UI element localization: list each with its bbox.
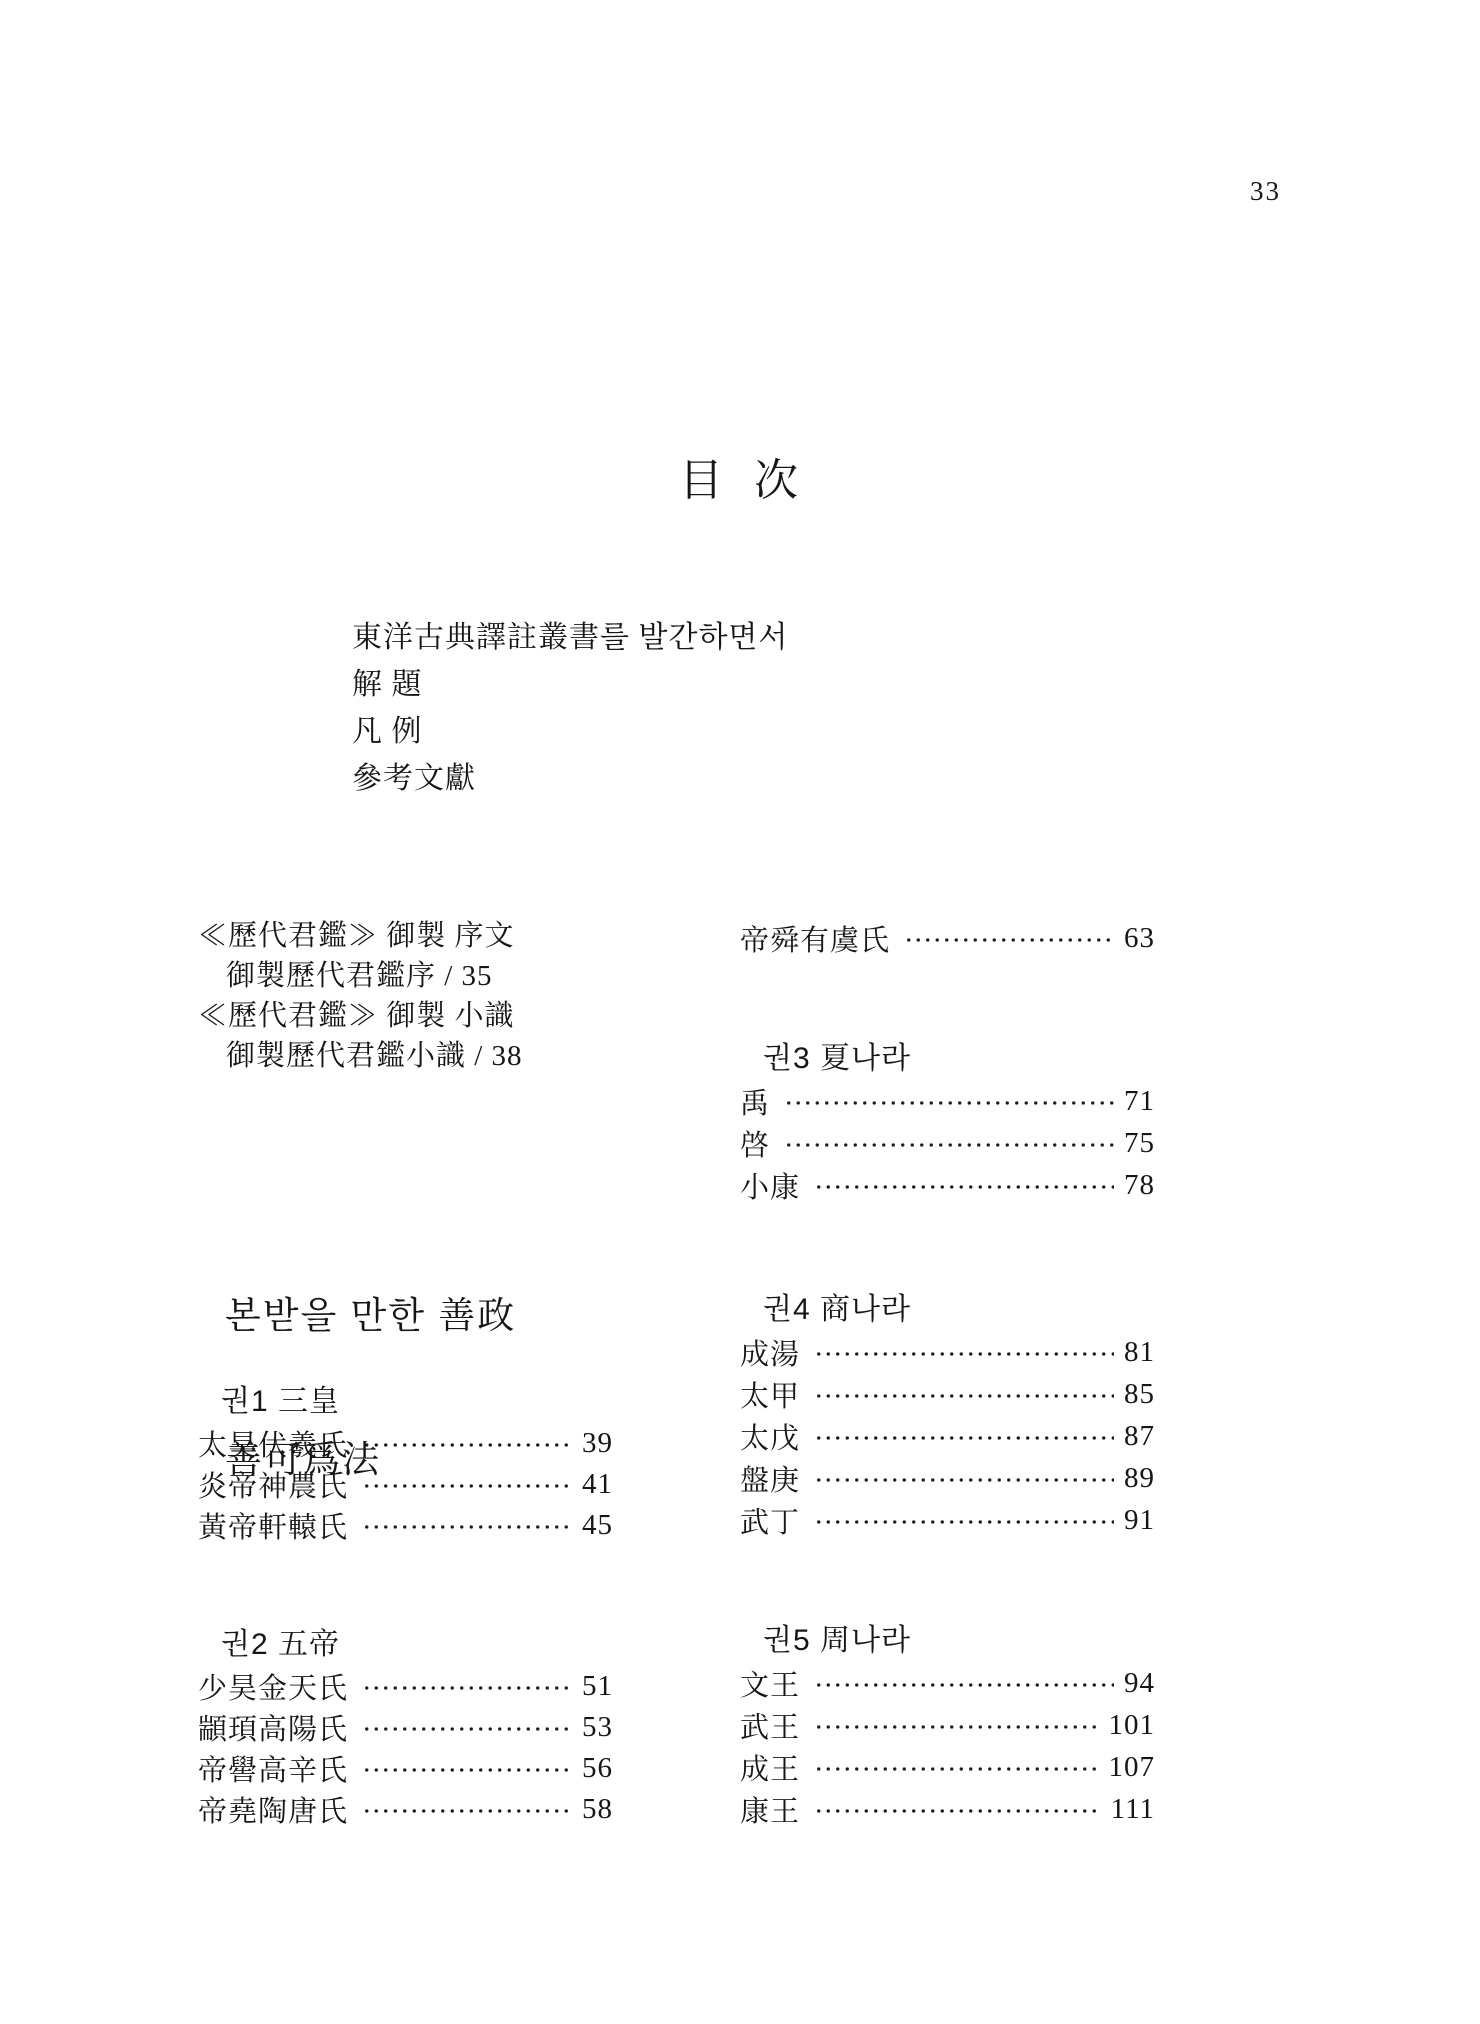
leader-dots [814,1662,1114,1704]
toc-entry-page: 75 [1124,1127,1155,1160]
toc-entry-title: 炎帝神農氏 [198,1464,348,1505]
toc-entry-title: 武王 [740,1705,800,1746]
toc-entry-page: 111 [1111,1793,1155,1826]
toc-entry-title: 帝舜有虞氏 [740,918,890,959]
toc-entry-title: 武丁 [740,1500,800,1541]
preface-line: ≪歷代君鑑≫ 御製 小識 [198,996,523,1036]
toc-entry-page: 45 [582,1509,613,1542]
leader-dots [814,1164,1114,1206]
toc-entry-page: 94 [1124,1667,1155,1700]
toc-entry: 帝舜有虞氏 63 [740,917,1155,959]
toc-entry-page: 87 [1124,1420,1155,1453]
toc-entry-page: 107 [1109,1751,1156,1784]
toc-entry-page: 85 [1124,1378,1155,1411]
toc-entry-title: 康王 [740,1789,800,1830]
section-heading: 권5 周나라 [740,1624,1155,1662]
toc-entry-title: 帝嚳高辛氏 [198,1748,348,1789]
section-heading: 권1 三皇 [198,1385,613,1423]
leader-dots [814,1746,1098,1788]
toc-section-kwon5: 권5 周나라 文王 94 武王 101 成王 107 康王 111 [740,1624,1155,1830]
toc-entry-title: 黃帝軒轅氏 [198,1505,348,1546]
toc-entry: 禹 71 [740,1080,1155,1122]
toc-entry-page: 91 [1124,1504,1155,1537]
toc-entry-title: 禹 [740,1081,770,1122]
toc-entry-title: 太甲 [740,1374,800,1415]
front-matter-item: 凡 例 [352,708,788,755]
leader-dots [362,1666,572,1707]
toc-entry: 盤庚 89 [740,1457,1155,1499]
toc-entry-title: 小康 [740,1165,800,1206]
leader-dots [362,1505,572,1546]
leader-dots [814,1499,1114,1541]
toc-entry: 康王 111 [740,1788,1155,1830]
toc-entry: 帝堯陶唐氏 58 [198,1789,613,1830]
toc-entry: 太戊 87 [740,1415,1155,1457]
leader-dots [362,1748,572,1789]
toc-entry-page: 89 [1124,1462,1155,1495]
toc-entry-page: 71 [1124,1085,1155,1118]
toc-entry-title: 少昊金天氏 [198,1666,348,1707]
toc-entry-page: 39 [582,1427,613,1460]
front-matter-list: 東洋古典譯註叢書를 발간하면서 解 題 凡 例 參考文獻 [352,614,788,802]
page-title: 目 次 [0,444,1480,508]
leader-dots [814,1331,1114,1373]
preface-line: 御製歷代君鑑序 / 35 [198,956,523,996]
section-heading: 권2 五帝 [198,1628,613,1666]
preface-block: ≪歷代君鑑≫ 御製 序文 御製歷代君鑑序 / 35 ≪歷代君鑑≫ 御製 小識 御… [198,916,523,1076]
leader-dots [362,1464,572,1505]
toc-section-kwon2: 권2 五帝 少昊金天氏 51 顓頊高陽氏 53 帝嚳高辛氏 56 帝堯陶唐氏 5… [198,1628,613,1830]
toc-entry-title: 太戊 [740,1416,800,1457]
preface-line: ≪歷代君鑑≫ 御製 序文 [198,916,523,956]
toc-entry: 炎帝神農氏 41 [198,1464,613,1505]
toc-entry-page: 53 [582,1711,613,1744]
toc-section-kwon1: 권1 三皇 太昊伏羲氏 39 炎帝神農氏 41 黃帝軒轅氏 45 [198,1385,613,1546]
leader-dots [784,1080,1114,1122]
toc-entry-page: 41 [582,1468,613,1501]
toc-entry-title: 顓頊高陽氏 [198,1707,348,1748]
leader-dots [814,1457,1114,1499]
toc-entry: 小康 78 [740,1164,1155,1206]
toc-entry-title: 太昊伏羲氏 [198,1423,348,1464]
front-matter-item: 參考文獻 [352,755,788,802]
front-matter-item: 解 題 [352,661,788,708]
toc-entry-page: 56 [582,1752,613,1785]
toc-entry-title: 帝堯陶唐氏 [198,1789,348,1830]
leader-dots [362,1789,572,1830]
part-heading-line1: 본받을 만한 善政 [225,1292,516,1340]
leader-dots [814,1373,1114,1415]
leader-dots [814,1704,1098,1746]
toc-entry: 武丁 91 [740,1499,1155,1541]
toc-entry: 啓 75 [740,1122,1155,1164]
toc-entry-page: 58 [582,1793,613,1826]
toc-entry: 文王 94 [740,1662,1155,1704]
toc-entry-page: 51 [582,1670,613,1703]
toc-section-kwon3: 권3 夏나라 禹 71 啓 75 小康 78 [740,1042,1155,1206]
toc-standalone-entry-wrap: 帝舜有虞氏 63 [740,917,1155,959]
section-heading: 권3 夏나라 [740,1042,1155,1080]
toc-entry-title: 成湯 [740,1332,800,1373]
toc-entry: 少昊金天氏 51 [198,1666,613,1707]
toc-entry: 成湯 81 [740,1331,1155,1373]
leader-dots [362,1423,572,1464]
toc-entry-page: 63 [1124,922,1155,955]
leader-dots [814,1788,1101,1830]
toc-entry: 太昊伏羲氏 39 [198,1423,613,1464]
section-heading: 권4 商나라 [740,1293,1155,1331]
toc-entry-title: 成王 [740,1747,800,1788]
toc-entry-title: 文王 [740,1663,800,1704]
toc-entry-page: 101 [1109,1709,1156,1742]
toc-entry: 成王 107 [740,1746,1155,1788]
toc-entry: 太甲 85 [740,1373,1155,1415]
page-number: 33 [1250,176,1281,207]
leader-dots [904,917,1114,959]
preface-line: 御製歷代君鑑小識 / 38 [198,1036,523,1076]
toc-entry-title: 啓 [740,1123,770,1164]
toc-entry: 帝嚳高辛氏 56 [198,1748,613,1789]
front-matter-item: 東洋古典譯註叢書를 발간하면서 [352,614,788,661]
toc-entry: 武王 101 [740,1704,1155,1746]
toc-entry: 顓頊高陽氏 53 [198,1707,613,1748]
toc-entry-page: 81 [1124,1336,1155,1369]
leader-dots [362,1707,572,1748]
toc-section-kwon4: 권4 商나라 成湯 81 太甲 85 太戊 87 盤庚 89 武丁 91 [740,1293,1155,1541]
leader-dots [784,1122,1114,1164]
leader-dots [814,1415,1114,1457]
toc-entry-page: 78 [1124,1169,1155,1202]
toc-entry: 黃帝軒轅氏 45 [198,1505,613,1546]
toc-entry-title: 盤庚 [740,1458,800,1499]
